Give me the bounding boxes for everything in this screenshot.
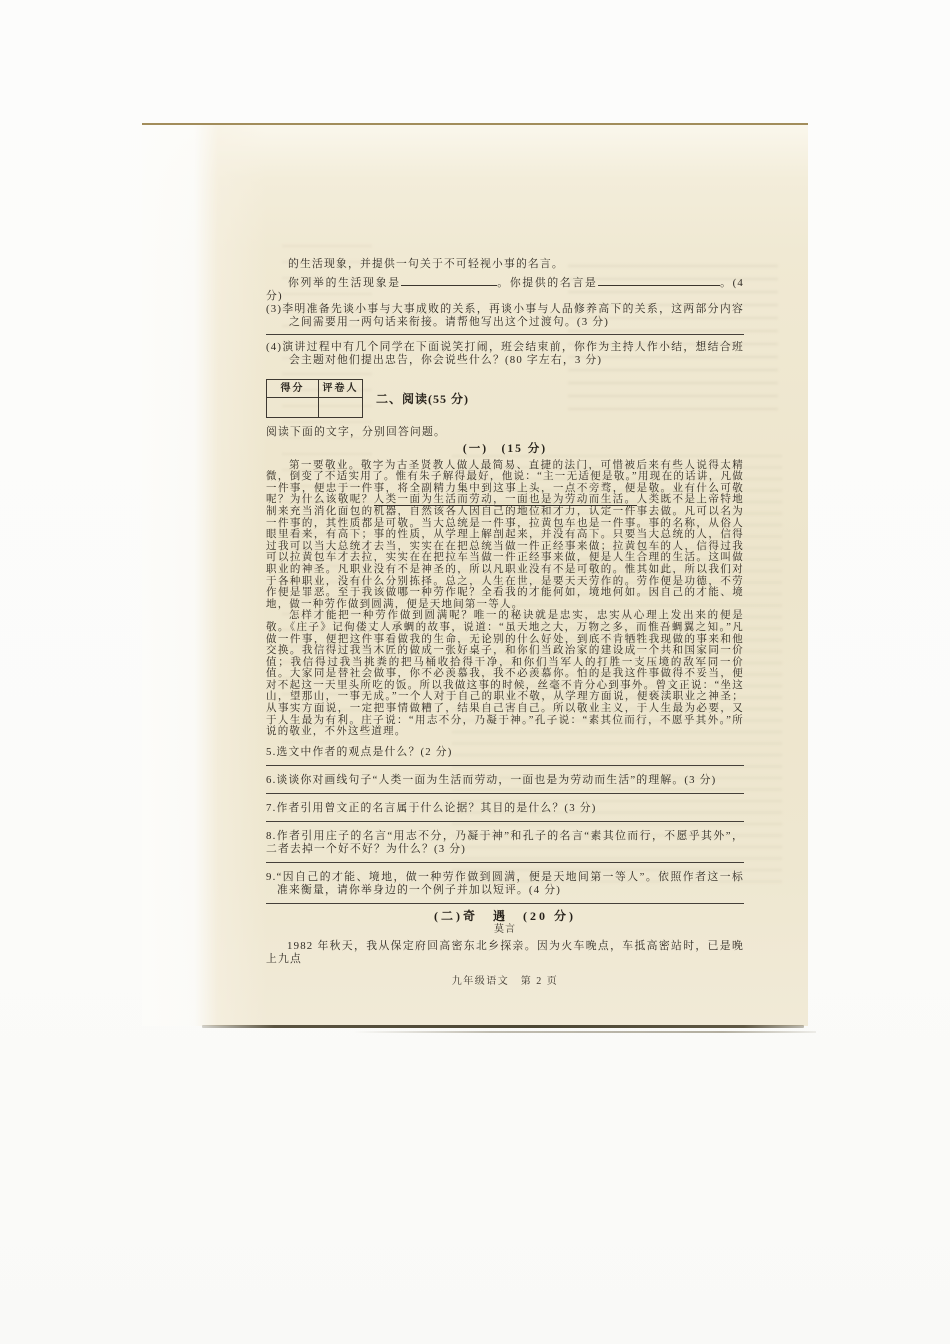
question-8: 8.作者引用庄子的名言“用志不分，乃凝于神”和孔子的名言“素其位而行，不愿乎其外… [266,830,744,856]
answer-line [266,862,744,863]
paragraph1-text-after: 人类既不是上帝特地制来充当消化面包的机器，自然该各人因自己的地位和才力，认定一件… [266,494,744,609]
passage1-paragraph-2: 怎样才能把一种劳作做到圆满呢？唯一的秘诀就是忠实，忠实从心理上发出来的便是敬。《… [266,610,744,738]
passage2-author: 莫言 [266,924,744,936]
section-2-title: 二、阅读(55 分) [376,394,469,406]
exam-content: 的生活现象，并提供一句关于不可轻视小事的名言。 你列举的生活现象是。你提供的名言… [266,258,744,988]
grader-empty-cell [319,398,363,418]
question-7: 7.作者引用曾文正的名言属于什么论据？其目的是什么？(3 分) [266,802,744,815]
page-bottom-edge-shadow [352,1031,816,1033]
question-9: 9.“因自己的才能、境地，做一种劳作做到圆满，便是天地间第一等人”。依照作者这一… [266,871,744,897]
reading-instructions: 阅读下面的文字，分别回答问题。 [266,426,744,439]
item-3: (3)李明准备先谈小事与大事成败的关系，再谈小事与人品修养高下的关系，这两部分内… [266,303,744,329]
blank-prompt-1: 你列举的生活现象是 [288,277,401,289]
page-footer: 九年级语文 第 2 页 [266,976,744,988]
passage1-heading: (一) (15 分) [266,444,744,456]
item-4: (4)演讲过程中有几个同学在下面说笑打闹，班会结束前，你作为主持人作小结，想结合… [266,341,744,367]
score-empty-cell [267,398,319,418]
score-label-cell: 得分 [267,380,319,398]
underlined-sentence: 人类一面为生活而劳动，一面也是为劳动而生活。 [374,494,637,506]
scan-background: { "pre_section": { "line1": "的生活现象，并提供一句… [0,0,950,1344]
score-table-row: 得分 评卷人 二、阅读(55 分) [266,379,744,418]
page-bottom-edge [202,1025,804,1028]
answer-line [266,334,744,335]
score-table: 得分 评卷人 [266,379,363,418]
answer-line [266,765,744,766]
continuation-line: 的生活现象，并提供一句关于不可轻视小事的名言。 [266,258,744,271]
passage1-paragraph-1: 第一要敬业。敬字为古圣贤教人做人最简易、直捷的法门，可惜被后来有些人说得太精微，… [266,460,744,611]
answer-line [266,793,744,794]
question-5: 5.选文中作者的观点是什么？(2 分) [266,746,744,759]
passage2-opening: 1982 年秋天，我从保定府回高密东北乡探亲。因为火车晚点，车抵高密站时，已是晚… [266,940,744,966]
fill-in-blank-line: 你列举的生活现象是。你提供的名言是。(4 分) [266,277,744,303]
answer-line [266,821,744,822]
question-6: 6.谈谈你对画线句子“人类一面为生活而劳动，一面也是为劳动而生活”的理解。(3 … [266,774,744,787]
passage2-heading: (二)奇 遇 (20 分) [266,911,744,923]
exam-paper-page: 的生活现象，并提供一句关于不可轻视小事的名言。 你列举的生活现象是。你提供的名言… [142,123,808,1026]
answer-blank-1 [401,277,497,286]
grader-label-cell: 评卷人 [319,380,363,398]
blank-prompt-2: 。你提供的名言是 [497,277,598,289]
answer-blank-2 [598,277,720,286]
answer-line [266,903,744,904]
